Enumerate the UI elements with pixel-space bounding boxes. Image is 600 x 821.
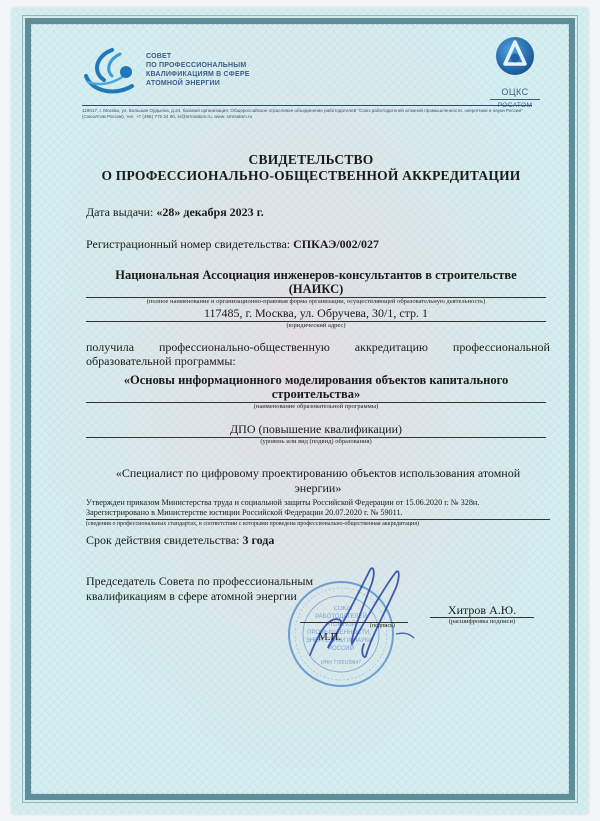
certificate-header: СОВЕТ ПО ПРОФЕССИОНАЛЬНЫМ КВАЛИФИКАЦИЯМ …	[82, 36, 540, 106]
program-level-field: ДПО (повышение квалификации) (уровень ил…	[86, 422, 546, 446]
professional-standard-name: «Специалист по цифровому проектированию …	[86, 466, 550, 496]
ocks-rosatom-logo: ОЦКС РОСАТОМ	[490, 36, 540, 109]
council-name: СОВЕТ ПО ПРОФЕССИОНАЛЬНЫМ КВАЛИФИКАЦИЯМ …	[146, 52, 250, 88]
council-atom-logo-icon	[82, 46, 138, 98]
program-name: «Основы информационного моделирования об…	[86, 373, 546, 401]
validity-label: Срок действия свидетельства:	[86, 533, 239, 547]
rosatom-atom-icon	[495, 36, 535, 76]
organization-address: 117485, г. Москва, ул. Обручева, 30/1, с…	[86, 306, 546, 320]
chairman-position: Председатель Совета по профессиональным …	[86, 574, 313, 604]
organization-address-caption: (юридический адрес)	[86, 322, 546, 330]
signature-caption: (подпись)	[370, 623, 395, 629]
accreditation-statement: получила профессионально-общественную ак…	[86, 340, 550, 368]
signatory-name: Хитров А.Ю.	[430, 603, 534, 617]
validity-value: 3 года	[242, 533, 274, 547]
program-name-field: «Основы информационного моделирования об…	[86, 373, 546, 411]
program-level-caption: (уровень или вид (подвид) образования)	[86, 438, 546, 446]
registration-label: Регистрационный номер свидетельства:	[86, 237, 290, 251]
stamp-placeholder: М.П.	[318, 631, 341, 643]
signatory-name-caption: (расшифровка подписи)	[430, 618, 534, 626]
organization-name: Национальная Ассоциация инженеров-консул…	[86, 268, 546, 296]
organization-name-caption: (полное наименование и организационно-пр…	[86, 298, 546, 306]
validity-period: Срок действия свидетельства: 3 года	[86, 533, 274, 548]
organization-name-field: Национальная Ассоциация инженеров-консул…	[86, 268, 546, 306]
issue-date-label: Дата выдачи:	[86, 205, 153, 219]
ocks-label: ОЦКС	[490, 87, 540, 97]
registration-value: СПКАЭ/002/027	[293, 237, 379, 251]
program-name-caption: (наименование образовательной программы)	[86, 403, 546, 411]
header-address: 119017, г. Москва, ул. Большая Ордынка, …	[82, 108, 532, 120]
issue-date-value: «28» декабря 2023 г.	[156, 205, 263, 219]
header-divider	[82, 105, 532, 106]
certificate-title: СВИДЕТЕЛЬСТВО О ПРОФЕССИОНАЛЬНО-ОБЩЕСТВЕ…	[82, 152, 540, 184]
issue-date: Дата выдачи: «28» декабря 2023 г.	[86, 205, 264, 220]
professional-standard-approval: Утвержден приказом Министерства труда и …	[86, 498, 550, 528]
signatory-name-field: Хитров А.Ю. (расшифровка подписи)	[430, 603, 534, 626]
program-level: ДПО (повышение квалификации)	[86, 422, 546, 436]
registration-number: Регистрационный номер свидетельства: СПК…	[86, 237, 379, 252]
professional-standard-caption: (сведения о профессиональных стандартах,…	[86, 520, 550, 528]
organization-address-field: 117485, г. Москва, ул. Обручева, 30/1, с…	[86, 306, 546, 330]
